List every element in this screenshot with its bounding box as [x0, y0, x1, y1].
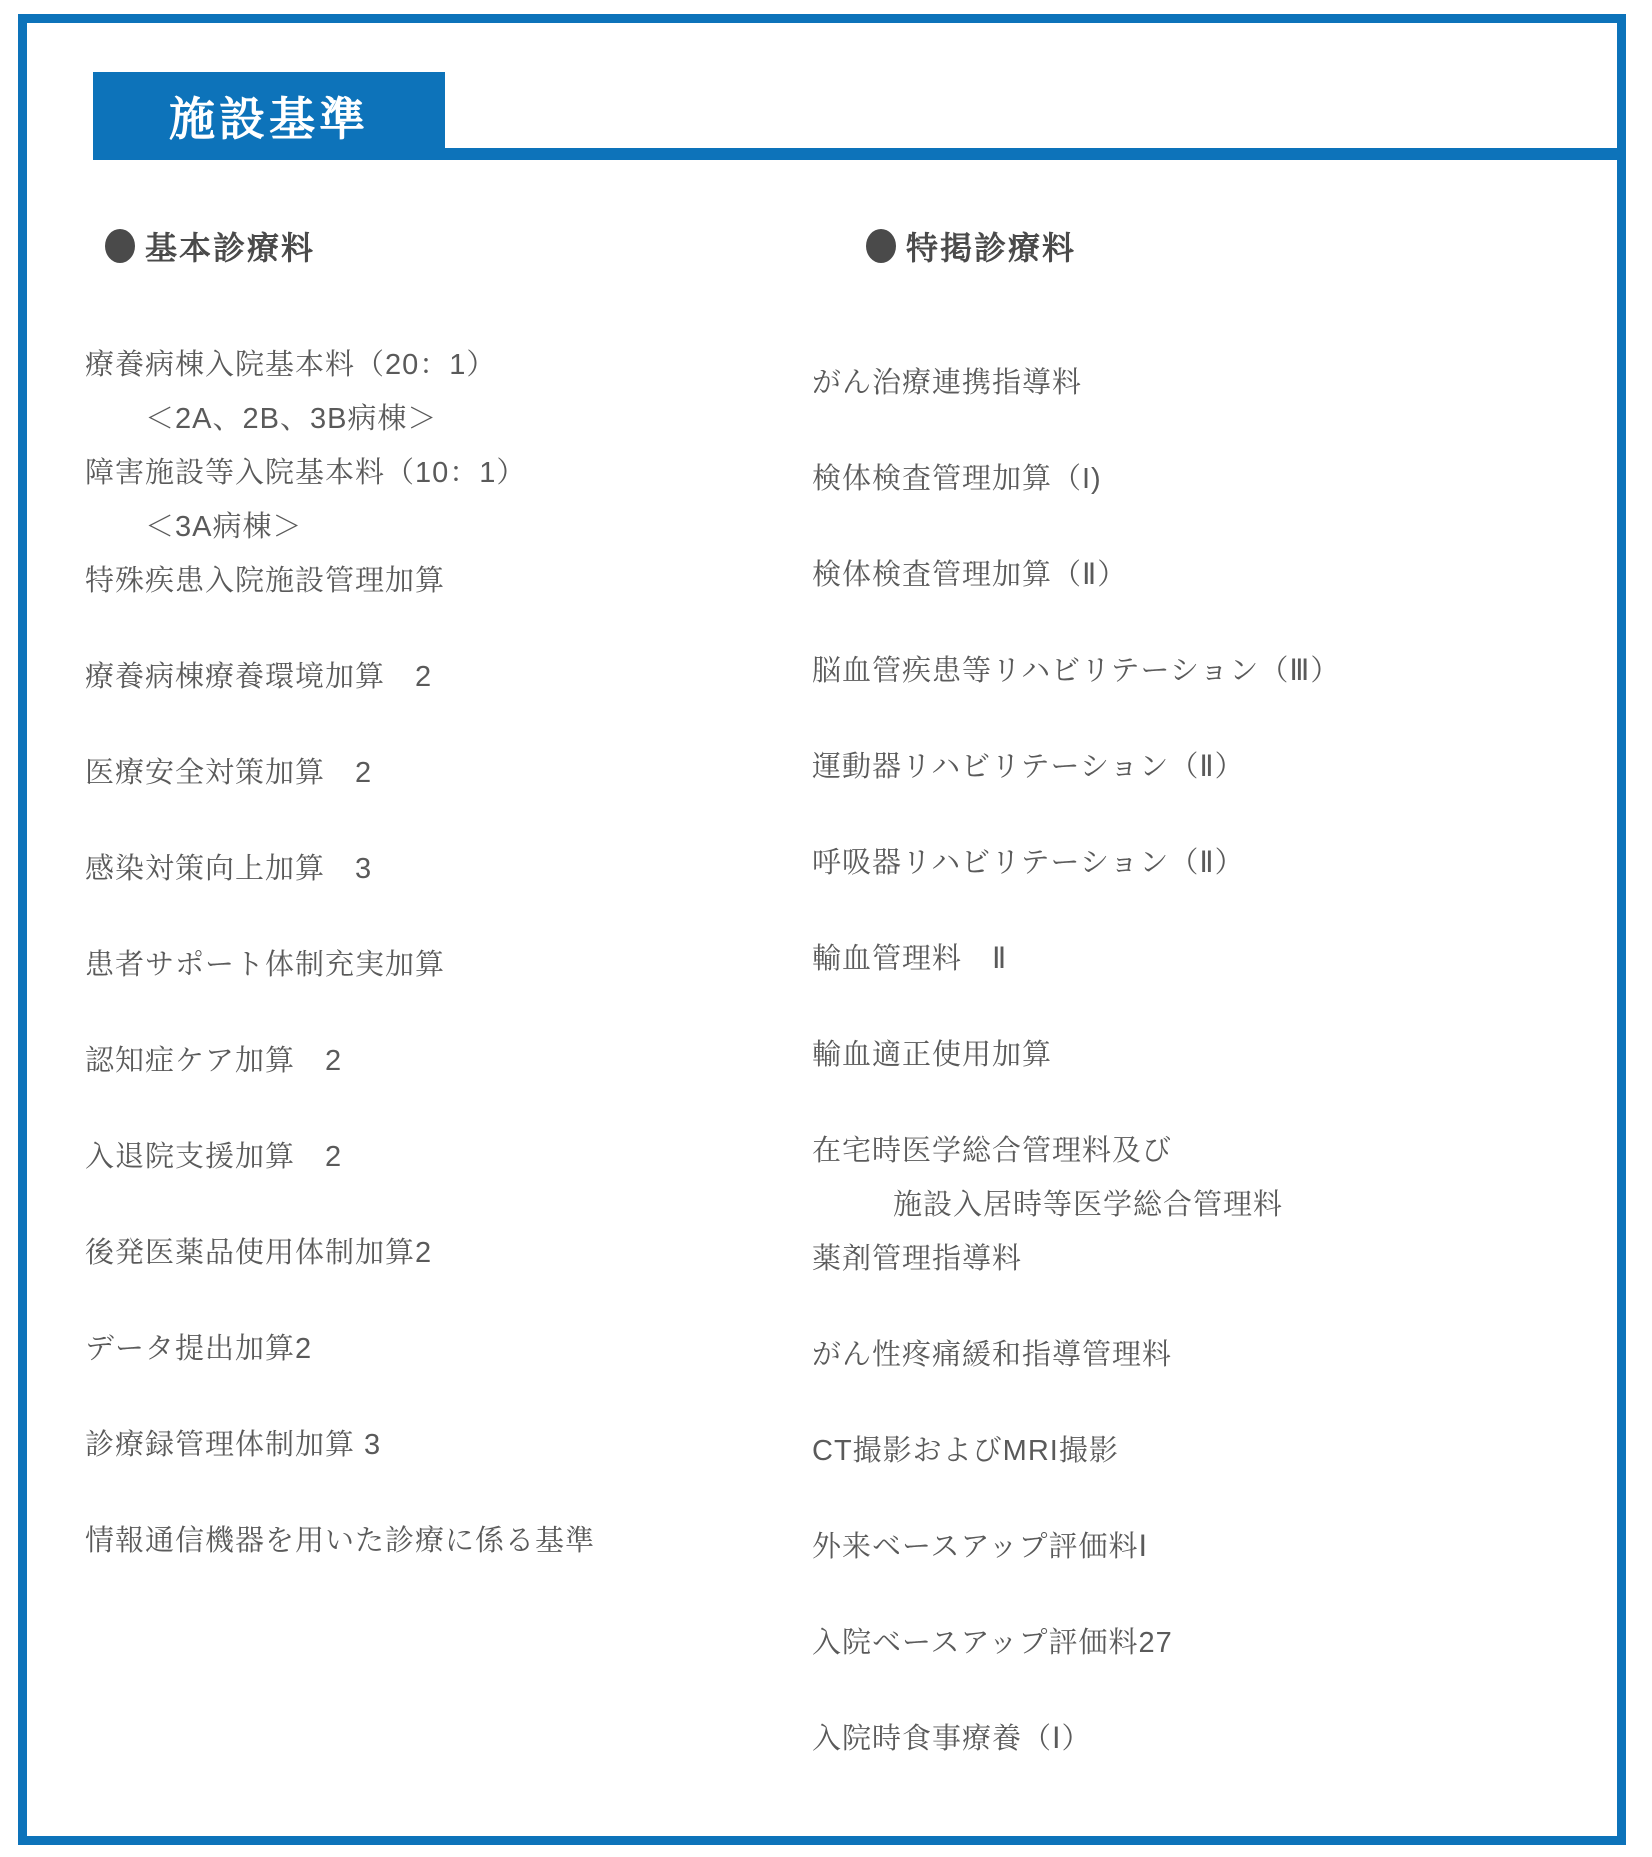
- list-item: ＜3A病棟＞: [85, 507, 745, 547]
- list-item: データ提出加算2: [85, 1329, 745, 1369]
- item-list-special: がん治療連携指導料検体検査管理加算（I)検体検査管理加算（Ⅱ）脳血管疾患等リハビ…: [812, 363, 1422, 1759]
- list-item-text: 療養病棟入院基本料（20：1）: [85, 349, 496, 381]
- list-item-text: 認知症ケア加算 2: [85, 1045, 342, 1077]
- list-item-text: 医療安全対策加算 2: [85, 757, 372, 789]
- list-item-text: 在宅時医学総合管理料及び: [812, 1135, 1172, 1167]
- page-title: 施設基準: [169, 83, 369, 149]
- list-item: がん性疼痛緩和指導管理料: [812, 1335, 1422, 1375]
- list-item-text: 障害施設等入院基本料（10：1）: [85, 457, 526, 489]
- list-item-text: 薬剤管理指導料: [812, 1243, 1022, 1275]
- list-item-text: 特殊疾患入院施設管理加算: [85, 565, 445, 597]
- list-item-text: 入院ベースアップ評価料27: [812, 1627, 1173, 1659]
- list-item: ＜2A、2B、3B病棟＞: [85, 399, 745, 439]
- list-item: 運動器リハビリテーション（Ⅱ）: [812, 747, 1422, 787]
- list-item-text: 情報通信機器を用いた診療に係る基準: [85, 1525, 595, 1557]
- list-item: 呼吸器リハビリテーション（Ⅱ）: [812, 843, 1422, 883]
- section-special-medical-fees: 特掲診療料 がん治療連携指導料検体検査管理加算（I)検体検査管理加算（Ⅱ）脳血管…: [812, 224, 1422, 1815]
- list-item-text: 療養病棟療養環境加算 2: [85, 661, 432, 693]
- list-item: CT撮影およびMRI撮影: [812, 1431, 1422, 1471]
- list-item: 診療録管理体制加算 3: [85, 1425, 745, 1465]
- list-item-text: 呼吸器リハビリテーション（Ⅱ）: [812, 847, 1245, 879]
- section-heading-basic: 基本診療料: [85, 224, 745, 268]
- section-basic-medical-fees: 基本診療料 療養病棟入院基本料（20：1）＜2A、2B、3B病棟＞障害施設等入院…: [85, 224, 745, 1617]
- list-item-text: 診療録管理体制加算 3: [85, 1429, 381, 1461]
- list-item: 施設入居時等医学総合管理料: [812, 1185, 1422, 1225]
- list-item-text: がん性疼痛緩和指導管理料: [812, 1339, 1172, 1371]
- list-item-text: ＜3A病棟＞: [145, 511, 302, 543]
- list-item: 患者サポート体制充実加算: [85, 945, 745, 985]
- list-item: 障害施設等入院基本料（10：1）: [85, 453, 745, 493]
- list-item: 輸血適正使用加算: [812, 1035, 1422, 1075]
- list-item-text: 外来ベースアップ評価料Ⅰ: [812, 1531, 1148, 1563]
- list-item: 医療安全対策加算 2: [85, 753, 745, 793]
- list-item: 輸血管理料 Ⅱ: [812, 939, 1422, 979]
- list-item-text: 脳血管疾患等リハビリテーション（Ⅲ）: [812, 655, 1340, 687]
- bullet-icon: [866, 229, 896, 263]
- list-item: 外来ベースアップ評価料Ⅰ: [812, 1527, 1422, 1567]
- list-item-text: データ提出加算2: [85, 1333, 312, 1365]
- list-item: 認知症ケア加算 2: [85, 1041, 745, 1081]
- list-item-text: がん治療連携指導料: [812, 367, 1082, 399]
- list-item-text: 感染対策向上加算 3: [85, 853, 372, 885]
- list-item: 入退院支援加算 2: [85, 1137, 745, 1177]
- page-title-box: 施設基準: [93, 72, 445, 160]
- list-item: 療養病棟療養環境加算 2: [85, 657, 745, 697]
- list-item-text: 輸血適正使用加算: [812, 1039, 1052, 1071]
- bullet-icon: [105, 229, 135, 263]
- page: 施設基準 基本診療料 療養病棟入院基本料（20：1）＜2A、2B、3B病棟＞障害…: [0, 0, 1652, 1857]
- list-item: 後発医薬品使用体制加算2: [85, 1233, 745, 1273]
- list-item: 特殊疾患入院施設管理加算: [85, 561, 745, 601]
- section-heading-label: 基本診療料: [145, 223, 315, 269]
- list-item-text: ＜2A、2B、3B病棟＞: [145, 403, 437, 435]
- list-item-text: CT撮影およびMRI撮影: [812, 1435, 1119, 1467]
- list-item-text: 検体検査管理加算（Ⅱ）: [812, 559, 1127, 591]
- list-item-text: 患者サポート体制充実加算: [85, 949, 445, 981]
- list-item-text: 入院時食事療養（Ⅰ）: [812, 1723, 1092, 1755]
- list-item: 療養病棟入院基本料（20：1）: [85, 345, 745, 385]
- list-item: 検体検査管理加算（Ⅱ）: [812, 555, 1422, 595]
- section-heading-label: 特掲診療料: [906, 223, 1076, 269]
- list-item: 感染対策向上加算 3: [85, 849, 745, 889]
- list-item-text: 輸血管理料 Ⅱ: [812, 943, 1007, 975]
- list-item: 薬剤管理指導料: [812, 1239, 1422, 1279]
- list-item: 入院ベースアップ評価料27: [812, 1623, 1422, 1663]
- list-item: 脳血管疾患等リハビリテーション（Ⅲ）: [812, 651, 1422, 691]
- list-item: 在宅時医学総合管理料及び: [812, 1131, 1422, 1171]
- list-item: 情報通信機器を用いた診療に係る基準: [85, 1521, 745, 1561]
- item-list-basic: 療養病棟入院基本料（20：1）＜2A、2B、3B病棟＞障害施設等入院基本料（10…: [85, 345, 745, 1561]
- list-item-text: 後発医薬品使用体制加算2: [85, 1237, 432, 1269]
- list-item: 検体検査管理加算（I): [812, 459, 1422, 499]
- list-item-text: 検体検査管理加算（I): [812, 463, 1102, 495]
- list-item: がん治療連携指導料: [812, 363, 1422, 403]
- list-item-text: 運動器リハビリテーション（Ⅱ）: [812, 751, 1245, 783]
- section-heading-special: 特掲診療料: [812, 224, 1422, 268]
- list-item-text: 施設入居時等医学総合管理料: [893, 1189, 1283, 1221]
- list-item: 入院時食事療養（Ⅰ）: [812, 1719, 1422, 1759]
- list-item-text: 入退院支援加算 2: [85, 1141, 342, 1173]
